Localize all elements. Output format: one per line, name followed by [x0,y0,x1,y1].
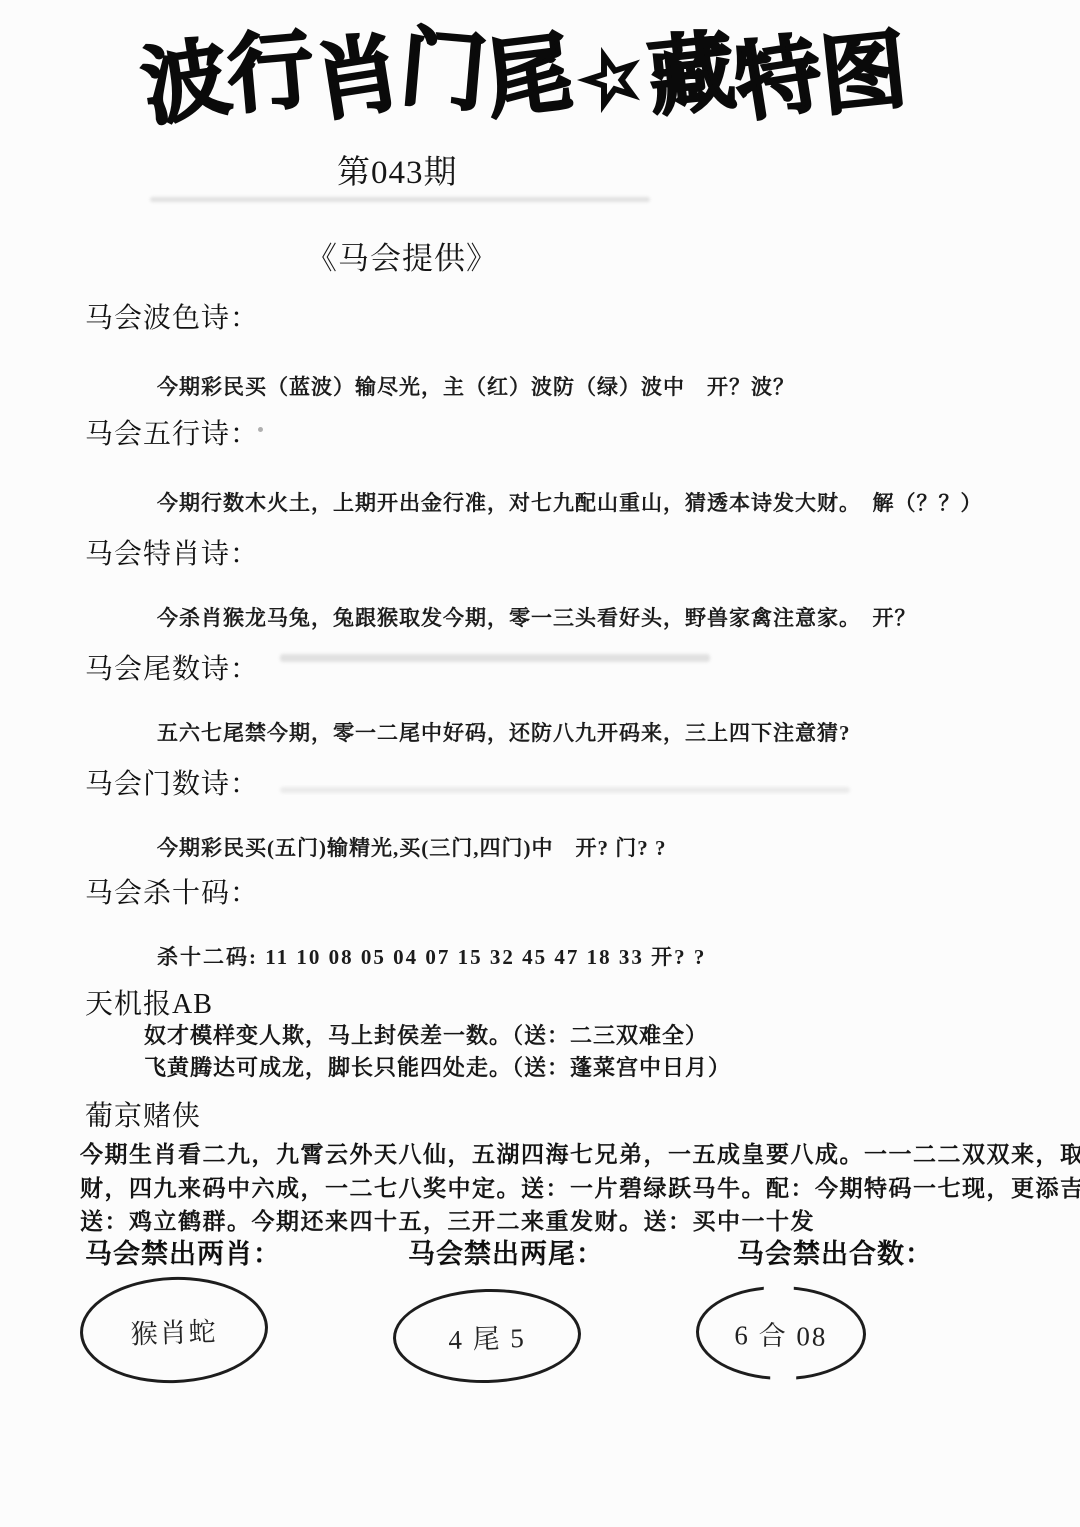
heading-gate-number-poem: 马会门数诗： [85,762,259,802]
issue-number: 第043期 [337,146,458,193]
forbidden-zodiac-value: 猴肖蛇 [130,1309,218,1351]
verse-five-elements-poem: 今期行数木火土，上期开出金行准，对七九配山重山，猜透本诗发大财。 解（？？） [157,487,983,517]
title-char: 波 [137,34,235,132]
verse-gate-number-poem: 今期彩民买(五门)输精光,买(三门,四门)中 开? 门? ? [157,832,666,862]
star-icon: ☆ [571,36,653,123]
heading-tianji-report: 天机报AB [85,982,213,1022]
title-char: 图 [817,27,912,122]
forbidden-sum-oval: 6 合 08 [695,1285,867,1382]
forbidden-tail-label: 马会禁出两尾： [408,1232,604,1271]
forbidden-tail-value: 4 尾 5 [448,1315,526,1356]
verse-tail-number-poem: 五六七尾禁今期，零一二尾中好码，还防八九开码来，三上四下注意猜? [157,717,851,747]
forbidden-zodiac-label: 马会禁出两肖： [85,1232,281,1271]
scan-smudge [280,654,710,662]
provider-note: 《马会提供》 [306,233,498,278]
forbidden-tail-oval: 4 尾 5 [392,1287,582,1386]
oval-gap-bottom [770,1373,796,1382]
heading-five-elements-poem: 马会五行诗： [85,412,259,452]
tianji-line-2: 飞黄腾达可成龙，脚长只能四处走。（送：蓬菜宫中日月） [144,1051,731,1082]
title-char: 尾 [481,29,577,125]
title-char: 藏 [645,28,740,123]
verse-wave-color-poem: 今期彩民买（蓝波）输尽光，主（红）波防（绿）波中 开？波？ [157,371,795,401]
oval-gap-top [764,1284,794,1294]
title-char: 特 [729,30,827,128]
title-char: 门 [397,24,490,117]
verse-special-zodiac-poem: 今杀肖猴龙马兔，兔跟猴取发今期，零一三头看好头，野兽家禽注意家。 开？ [157,602,917,632]
heading-special-zodiac-poem: 马会特肖诗： [85,532,259,572]
pujing-paragraph-line-1: 今期生肖看二九，九霄云外天八仙，五湖四海七兄弟，一五成皇要八成。一一二二双双来，… [80,1136,1080,1169]
heading-pujing-gambler: 葡京赌侠 [85,1094,201,1134]
page-title: 波 行 肖 门 尾 ☆ 藏 特 图 [142,16,890,136]
tip-sheet-page: 波 行 肖 门 尾 ☆ 藏 特 图 第043期 《马会提供》 马会波色诗： 今期… [0,0,1080,1527]
kill-twelve-codes-line: 杀十二码: 11 10 08 05 04 07 15 32 45 47 18 3… [157,941,706,971]
title-char: 行 [224,26,317,119]
title-char: 肖 [308,29,406,127]
heading-tail-number-poem: 马会尾数诗： [85,647,259,687]
heading-wave-color-poem: 马会波色诗： [85,296,259,336]
pujing-paragraph-line-2: 财，四九来码中六成，一二七八奖中定。送：一片碧绿跃马牛。配：今期特码一七现，更添… [80,1170,1080,1203]
scan-smudge [280,787,850,793]
scan-smudge [150,197,650,202]
heading-kill-ten-codes: 马会杀十码： [85,871,259,911]
forbidden-sum-value: 6 合 08 [734,1313,828,1354]
forbidden-zodiac-oval: 猴肖蛇 [78,1274,270,1386]
tianji-line-1: 奴才模样变人欺，马上封侯差一数。（送：二三双难全） [144,1019,708,1050]
forbidden-sum-label: 马会禁出合数： [737,1232,933,1271]
ink-dot [258,427,263,432]
